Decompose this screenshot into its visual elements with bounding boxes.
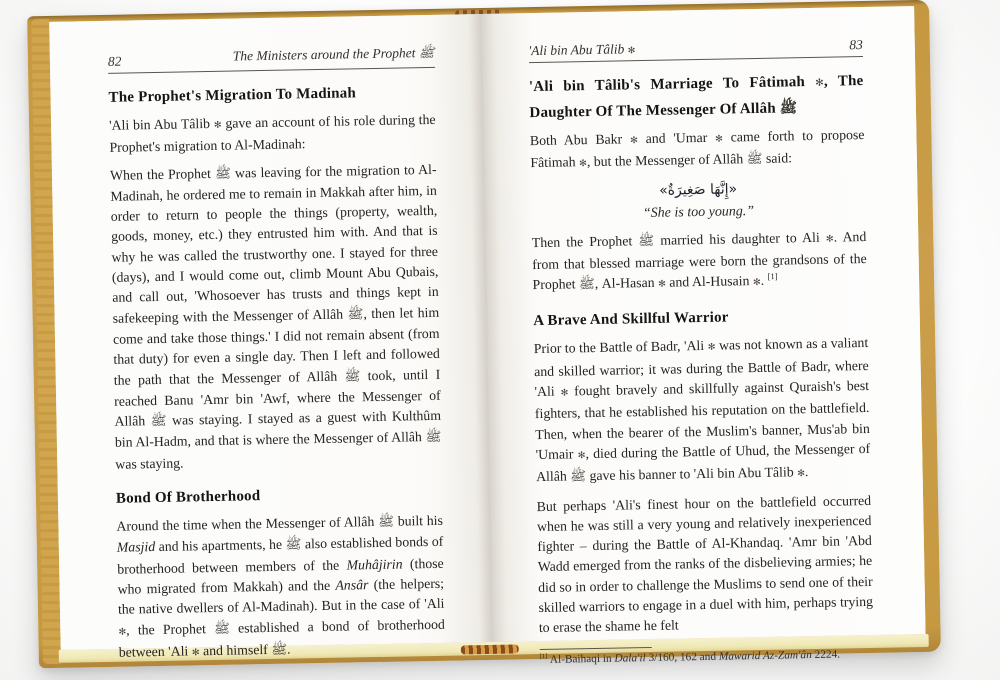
- ra-honorific-icon: ✻: [815, 78, 824, 89]
- pbuh-honorific-icon: ﷺ: [215, 166, 231, 181]
- pbuh-honorific-icon: ﷺ: [747, 152, 763, 167]
- pbuh-honorific-icon: ﷺ: [638, 233, 654, 248]
- ra-honorific-icon: ✻: [118, 626, 126, 637]
- ra-honorific-icon: ✻: [753, 277, 761, 288]
- pbuh-honorific-icon: ﷺ: [271, 642, 287, 657]
- left-page-number: 82: [108, 54, 122, 70]
- ra-honorific-icon: ✻: [578, 450, 586, 461]
- footnote-ref: [1]: [539, 652, 547, 660]
- pbuh-honorific-icon: ﷺ: [378, 515, 394, 530]
- right-page: 'Ali bin Abu Tâlib ✻ 83 'Ali bin Tâlib's…: [482, 6, 926, 642]
- ra-honorific-icon: ✻: [715, 134, 723, 145]
- body-paragraph: But perhaps 'Ali's finest hour on the ba…: [536, 490, 873, 638]
- ra-honorific-icon: ✻: [192, 647, 200, 658]
- ra-honorific-icon: ✻: [560, 388, 568, 399]
- open-pages: 82 The Ministers around the Prophet ﷺ Th…: [49, 6, 925, 650]
- left-page-header: 82 The Ministers around the Prophet ﷺ: [108, 45, 435, 74]
- body-paragraph: Around the time when the Messenger of Al…: [116, 511, 445, 665]
- body-paragraph: When the Prophet ﷺ was leaving for the m…: [110, 159, 442, 474]
- pbuh-honorific-icon: ﷺ: [151, 414, 167, 429]
- body-paragraph: 'Ali bin Abu Tâlib ✻ gave an account of …: [109, 110, 436, 159]
- book: 82 The Ministers around the Prophet ﷺ Th…: [27, 0, 941, 668]
- pbuh-honorific-icon: ﷺ: [579, 277, 595, 292]
- pbuh-honorific-icon: ﷺ: [425, 430, 441, 445]
- footnote: [1] Al-Baihaqi in Dala'il 3/160, 162 and…: [539, 647, 874, 668]
- section-heading-warrior: A Brave And Skillful Warrior: [533, 303, 868, 333]
- right-page-header: 'Ali bin Abu Tâlib ✻ 83: [528, 37, 863, 63]
- pbuh-honorific-icon: ﷺ: [419, 46, 435, 61]
- quote-translation: “She is too young.”: [531, 200, 866, 225]
- section-heading-brotherhood: Bond Of Brotherhood: [116, 481, 443, 511]
- ra-honorific-icon: ✻: [579, 158, 587, 169]
- ra-honorific-icon: ✻: [214, 120, 222, 131]
- pbuh-honorific-icon: ﷺ: [347, 307, 363, 322]
- pbuh-honorific-icon: ﷺ: [214, 621, 230, 636]
- ra-honorific-icon: ✻: [628, 45, 636, 56]
- ra-honorific-icon: ✻: [630, 135, 638, 146]
- section-heading-marriage: 'Ali bin Tâlib's Marriage To Fâtimah ✻, …: [529, 69, 864, 125]
- left-page: 82 The Ministers around the Prophet ﷺ Th…: [49, 14, 493, 650]
- body-paragraph: Then the Prophet ﷺ married his daughter …: [532, 227, 868, 298]
- arabic-quote: «إِنَّهَا صَغِيرَةٌ»: [531, 177, 866, 203]
- body-paragraph: Prior to the Battle of Badr, 'Ali ✻ was …: [534, 333, 871, 489]
- section-heading-migration: The Prophet's Migration To Madinah: [108, 80, 435, 110]
- pbuh-honorific-icon: ﷺ: [570, 469, 586, 484]
- pbuh-honorific-icon: ﷺ: [344, 369, 360, 384]
- book-headband-bottom: [461, 644, 519, 654]
- right-page-number: 83: [849, 37, 863, 53]
- pbuh-honorific-icon: ﷺ: [285, 538, 301, 553]
- pbuh-honorific-icon: ﷺ: [780, 100, 798, 116]
- ra-honorific-icon: ✻: [826, 233, 834, 244]
- left-running-title: The Ministers around the Prophet ﷺ: [233, 45, 435, 68]
- ra-honorific-icon: ✻: [658, 279, 666, 290]
- body-paragraph: Both Abu Bakr ✻ and 'Umar ✻ came forth t…: [530, 125, 865, 176]
- ra-honorific-icon: ✻: [708, 342, 716, 353]
- footnote-ref: [1]: [767, 271, 777, 281]
- ra-honorific-icon: ✻: [797, 468, 805, 479]
- right-running-title: 'Ali bin Abu Tâlib ✻: [528, 41, 635, 59]
